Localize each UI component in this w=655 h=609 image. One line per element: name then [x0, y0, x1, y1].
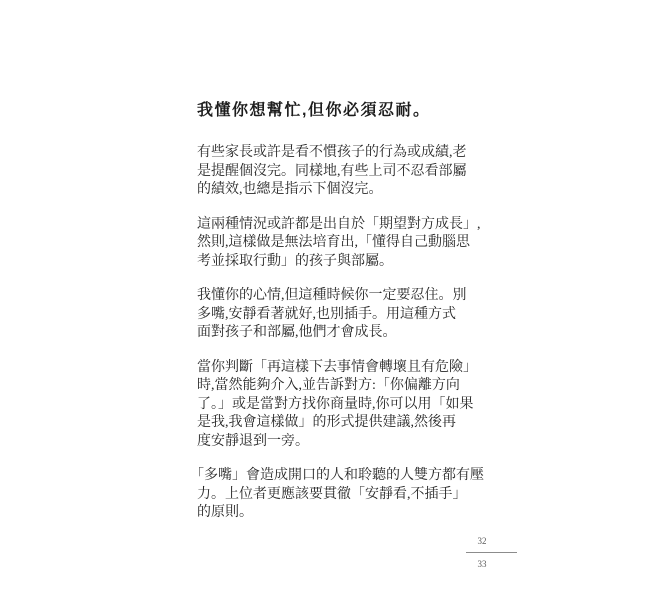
chapter-title: 我懂你想幫忙,但你必須忍耐。 — [197, 100, 481, 122]
paragraph-4: 當你判斷「再這樣下去事情會轉壞且有危險」 時,當然能夠介入,並告訴對方:「你偏離… — [197, 359, 481, 452]
paragraph-5: 「多嘴」會造成開口的人和聆聽的人雙方都有壓 力。上位者更應該要貫徹「安靜看,不插… — [197, 467, 481, 523]
paragraph-3: 我懂你的心情,但這種時候你一定要忍住。別 多嘴,安靜看著就好,也別插手。用這種方… — [197, 287, 481, 343]
page-content: 我懂你想幫忙,但你必須忍耐。 有些家長或許是看不慣孩子的行為或成績,老 是提醒個… — [197, 100, 481, 539]
book-page: 我懂你想幫忙,但你必須忍耐。 有些家長或許是看不慣孩子的行為或成績,老 是提醒個… — [0, 0, 655, 609]
paragraph-1: 有些家長或許是看不慣孩子的行為或成績,老 是提醒個沒完。同樣地,有些上司不忍看部… — [197, 144, 481, 200]
page-number-top: 32 — [455, 536, 509, 547]
paragraph-2: 這兩種情況或許都是出自於「期望對方成長」, 然則,這樣做是無法培育出,「懂得自己… — [197, 216, 481, 272]
page-footer: 32 33 — [455, 536, 527, 570]
page-number-bottom: 33 — [455, 559, 509, 570]
footer-divider-line — [466, 552, 517, 553]
